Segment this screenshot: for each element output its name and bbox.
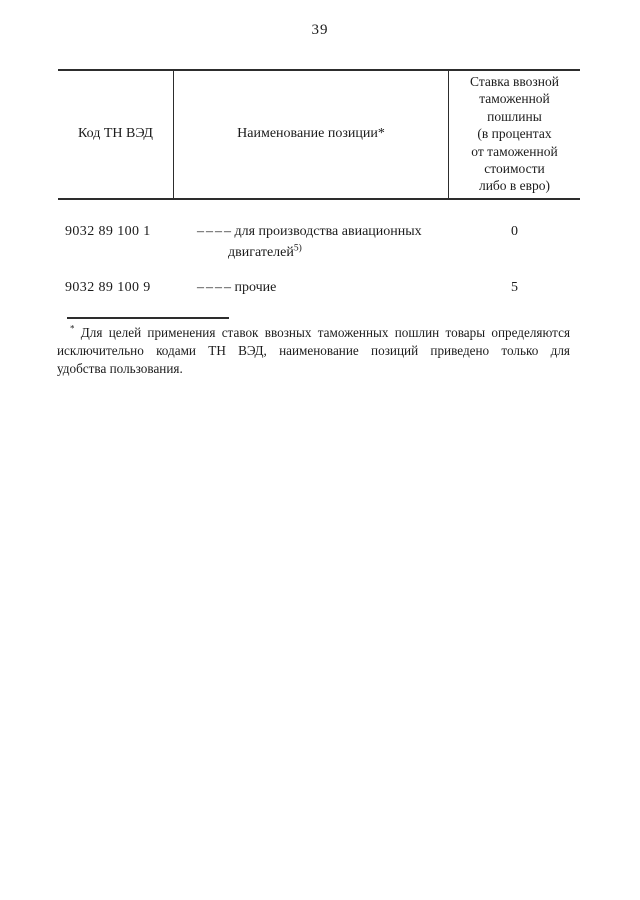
footnote-line: исключительно кодами ТН ВЭД, наименовани… (57, 342, 570, 360)
footnote-ref-superscript: 5) (294, 243, 302, 253)
footnote-marker: * (70, 324, 75, 334)
tn-ved-code: 9032 89 100 1 (58, 221, 173, 263)
position-dashes: – – – – (197, 224, 231, 239)
table-row: 9032 89 100 9 – – – – прочие 5 (58, 277, 580, 298)
position-name: – – – – для производства авиационных дви… (173, 221, 449, 263)
position-text: прочие (235, 280, 277, 295)
footnote-line: удобства пользования. (57, 360, 570, 378)
table-header-row: Код ТН ВЭД Наименование позиции* Ставка … (58, 69, 580, 200)
header-cell-rate: Ставка ввозной таможенной пошлины (в про… (449, 71, 580, 198)
footnote-text: Для целей применения ставок ввозных тамо… (81, 325, 570, 340)
tn-ved-code: 9032 89 100 9 (58, 277, 173, 298)
header-cell-name: Наименование позиции* (173, 71, 449, 198)
page-number: 39 (0, 22, 640, 39)
document-page: 39 Код ТН ВЭД Наименование позиции* Став… (0, 0, 640, 900)
footnote-line: * Для целей применения ставок ввозных та… (57, 324, 570, 342)
tariff-table: Код ТН ВЭД Наименование позиции* Ставка … (58, 69, 580, 298)
duty-rate: 5 (449, 277, 580, 298)
header-cell-code: Код ТН ВЭД (58, 71, 173, 198)
footnote: * Для целей применения ставок ввозных та… (57, 317, 570, 379)
position-name: – – – – прочие (173, 277, 449, 298)
footnote-separator (67, 317, 229, 319)
position-text: для производства авиационных двигателей (228, 224, 422, 260)
duty-rate: 0 (449, 221, 580, 263)
table-body: 9032 89 100 1 – – – – для производства а… (58, 221, 580, 298)
table-row: 9032 89 100 1 – – – – для производства а… (58, 221, 580, 263)
position-dashes: – – – – (197, 280, 231, 295)
